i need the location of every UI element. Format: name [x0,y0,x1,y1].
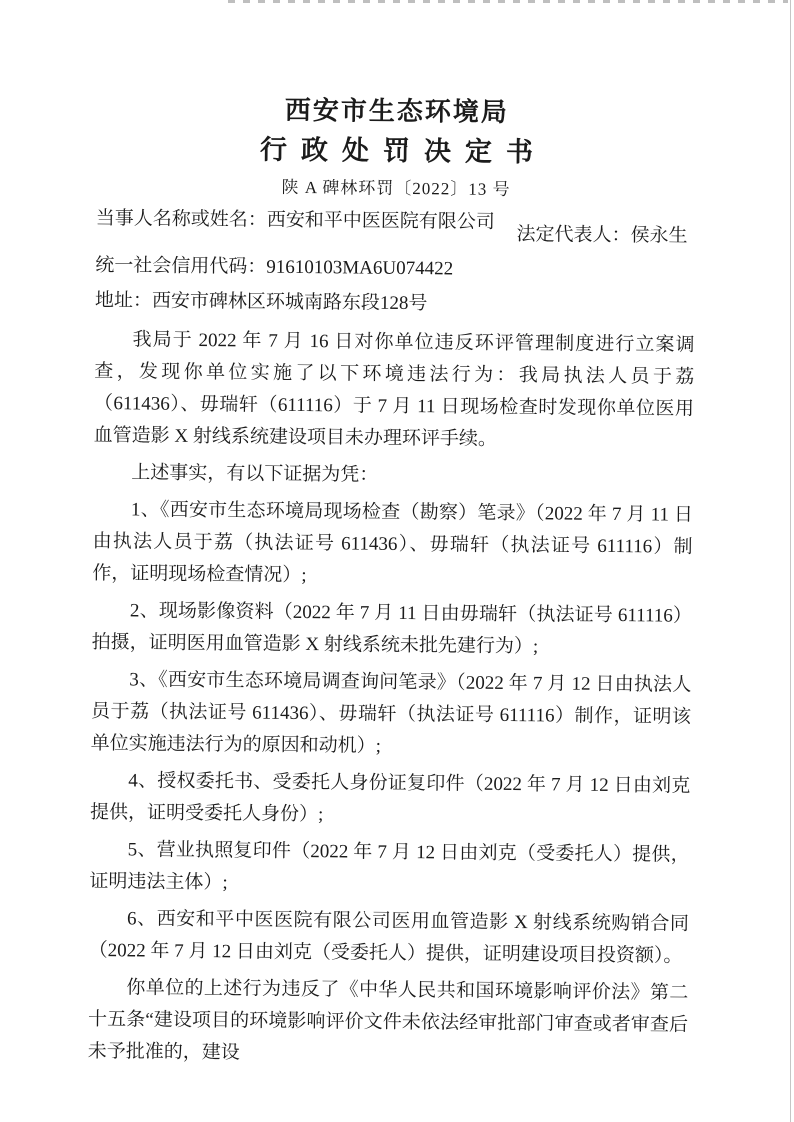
legal-representative-value: 侯永生 [630,225,687,247]
document-sheet: 西安市生态环境局 行政处罚决定书 陕 A 碑林环罚〔2022〕13 号 当事人名… [88,88,697,1079]
party-name-row: 当事人名称或姓名：西安和平中医医院有限公司 法定代表人：侯永生 [96,207,696,249]
address-label: 地址： [95,290,152,312]
party-name-line: 当事人名称或姓名：西安和平中医医院有限公司 [96,207,495,235]
body-paragraph-evidence-4: 4、授权委托书、受委托人身份证复印件（2022 年 7 月 12 日由刘克提供，… [90,765,691,835]
document-type-title: 行政处罚决定书 [96,130,696,172]
party-name-label: 当事人名称或姓名： [96,208,267,231]
document-body: 我局于 2022 年 7 月 16 日对你单位违反环评管理制度进行立案调查，发现… [88,324,695,1074]
agency-title: 西安市生态环境局 [97,94,697,130]
party-name-value: 西安和平中医医院有限公司 [267,210,495,233]
party-info-section: 当事人名称或姓名：西安和平中医医院有限公司 法定代表人：侯永生 统一社会信用代码… [95,207,696,319]
body-paragraph-evidence-6: 6、西安和平中医医院有限公司医用血管造影 X 射线系统购销合同（2022 年 7… [89,903,690,973]
body-paragraph-evidence-1: 1、《西安市生态环境局现场检查（勘察）笔录》（2022 年 7 月 11 日由执… [92,494,693,596]
credit-code-value: 91610103MA6U074422 [266,257,453,280]
document-page: 西安市生态环境局 行政处罚决定书 陕 A 碑林环罚〔2022〕13 号 当事人名… [0,0,794,1122]
scan-artifact-top-edge [228,0,788,3]
body-paragraph-evidence-5: 5、营业执照复印件（2022 年 7 月 12 日由刘克（受委托人）提供，证明违… [89,834,690,904]
body-paragraph-evidence-2: 2、现场影像资料（2022 年 7 月 11 日由毋瑞轩（执法证号 611116… [92,595,693,665]
legal-representative-label: 法定代表人： [516,224,630,246]
address-row: 地址：西安市碑林区环城南路东段128号 [95,289,695,319]
document-number: 陕 A 碑林环罚〔2022〕13 号 [96,174,696,204]
legal-representative-line: 法定代表人：侯永生 [516,223,687,249]
body-paragraph-evidence-intro: 上述事实，有以下证据为凭： [93,457,693,495]
scan-artifact-right-edge [790,0,791,1122]
body-paragraph-evidence-3: 3、《西安市生态环境局调查询问笔录》（2022 年 7 月 12 日由执法人员于… [91,664,692,766]
credit-code-label: 统一社会信用代码： [95,255,266,278]
address-value: 西安市碑林区环城南路东段128号 [152,291,428,315]
body-paragraph-legal-basis: 你单位的上述行为违反了《中华人民共和国环境影响评价法》第二十五条“建设项目的环境… [88,972,689,1074]
credit-code-row: 统一社会信用代码：91610103MA6U074422 [95,254,695,284]
body-paragraph-case-summary: 我局于 2022 年 7 月 16 日对你单位违反环评管理制度进行立案调查，发现… [94,324,695,458]
